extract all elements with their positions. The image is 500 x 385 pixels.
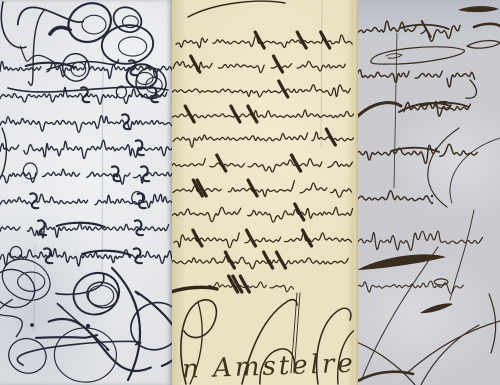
manuscript-collage: n Amstelreda bbox=[0, 0, 500, 385]
calligraphic-flourishes bbox=[0, 0, 172, 383]
bold-pen-strokes bbox=[10, 60, 158, 263]
bold-pen-strokes bbox=[185, 32, 335, 292]
amsterdam-caption: n Amstelreda bbox=[182, 347, 354, 384]
paper-crease-lines bbox=[321, 0, 322, 148]
panel-italic-hand-manuscript: n Amstelreda bbox=[172, 0, 354, 385]
panel-secretary-hand-manuscript bbox=[0, 0, 172, 385]
handwriting-art-middle bbox=[172, 0, 354, 385]
photo-edge-strip bbox=[354, 0, 358, 385]
panel-kurrent-hand-manuscript bbox=[354, 0, 500, 385]
handwriting-art-right bbox=[354, 0, 500, 385]
handwriting-art-left bbox=[0, 0, 172, 385]
